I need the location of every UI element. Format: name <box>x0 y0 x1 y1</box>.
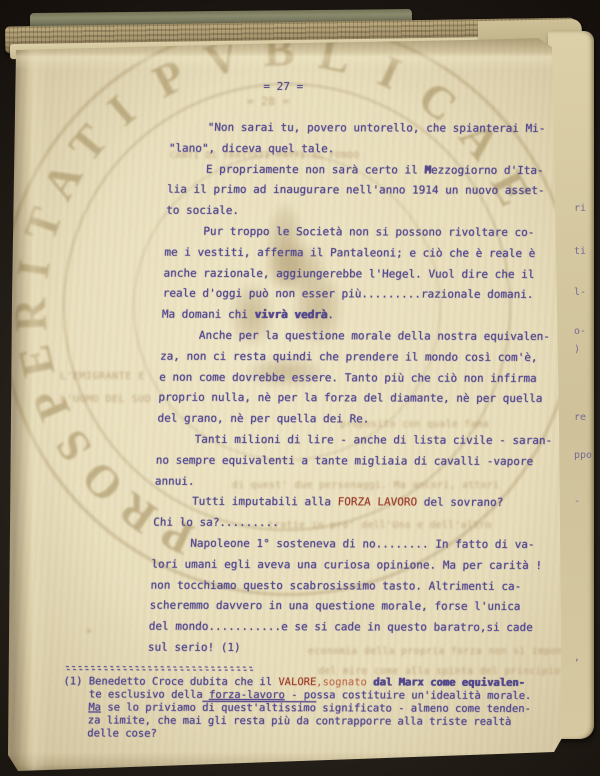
typewritten-line: Ma domani chi vivrà vedrà. <box>162 309 335 321</box>
typewritten-line: Tutti imputabili alla FORZA LAVORO del s… <box>192 496 504 508</box>
text-segment: me i vestiti, afferma il Pantaleoni; e c… <box>164 246 535 260</box>
text-segment: significato - almeno come tenden- <box>316 702 531 715</box>
text-segment: Tanti milioni di lire - anche di lista c… <box>194 433 552 447</box>
text-segment: - possa costituire un'idealità morale. <box>285 689 532 702</box>
text-segment: anche razionale, aggiungerebbe l'Hegel. … <box>163 267 534 281</box>
text-segment: forza-lavoro <box>209 689 285 701</box>
typewritten-line: del grano, nè per quella dei Re. <box>157 413 369 425</box>
typewritten-line: (1) Benedetto Croce dubita che il VALORE… <box>63 676 525 688</box>
typewritten-line: scheremmo davvero in una questione moral… <box>149 600 520 612</box>
text-segment: ,sognato <box>316 676 367 688</box>
text-segment: Anche per la questione morale della nost… <box>199 329 550 343</box>
typewritten-line: proprio nulla, nè per la forza del diama… <box>158 392 543 404</box>
text-segment: se lo priviamo <box>101 701 203 713</box>
text-segment: Ma <box>88 701 101 713</box>
typewritten-line: Tanti milioni di lire - anche di lista c… <box>194 434 552 446</box>
adjacent-page-text-fragment: , <box>574 652 580 663</box>
adjacent-page-text-fragment: - <box>574 496 580 507</box>
typewritten-line: Chi lo sa?......... <box>153 517 279 528</box>
text-segment: te esclusivo della <box>89 688 210 700</box>
text-segment: no sempre equivalenti a tante migliaia d… <box>155 454 533 468</box>
typewritten-line: te esclusivo della forza-lavoro - possa … <box>89 689 532 701</box>
page-number: = 27 = <box>263 80 303 93</box>
text-segment: ezzogiorno d'Ita- <box>431 164 544 177</box>
typewritten-line: sul serio! (1) <box>148 642 241 653</box>
typewritten-line: annui. <box>155 476 195 487</box>
adjacent-page-text-fragment: l- <box>574 287 586 298</box>
typewritten-line: za, non ci resta quindi che prendere il … <box>160 351 538 363</box>
typewritten-line: lori umani egli aveva una curiosa opinio… <box>151 559 542 571</box>
text-segment: scheremmo davvero in una questione moral… <box>149 599 520 613</box>
text-segment: sul serio! (1) <box>148 641 241 654</box>
typewritten-line: ------------------------------ <box>65 664 255 675</box>
typewritten-line: me i vestiti, afferma il Pantaleoni; e c… <box>164 247 535 259</box>
typewritten-line: lia il primo ad inaugurare nell'anno 191… <box>167 184 545 196</box>
text-segment: . <box>327 308 334 321</box>
text-segment: lori umani egli aveva una curiosa opinio… <box>151 558 542 572</box>
text-segment: del mondo...........e se si cade in ques… <box>148 620 533 634</box>
text-segment: E propriamente non sarà certo il <box>206 163 425 177</box>
text-segment: to sociale. <box>166 204 239 217</box>
text-segment: Chi lo sa?......... <box>153 516 279 529</box>
typewritten-line: Ma se lo priviamo di quest'altissimo sig… <box>88 702 531 714</box>
adjacent-page-text-fragment: o- <box>574 326 586 337</box>
text-segment: dal Marx come equivalen- <box>373 676 525 689</box>
text-segment: non tocchiamo questo scabrosissimo tasto… <box>150 579 521 593</box>
typewritten-line: anche razionale, aggiungerebbe l'Hegel. … <box>163 268 534 280</box>
adjacent-page-text-fragment: re <box>574 412 586 423</box>
typewritten-text-layer: = 27 = "Non sarai tu, povero untorello, … <box>0 0 600 776</box>
text-segment: e non come dovrebbe essere. Tanto più ch… <box>159 371 537 385</box>
text-segment: FORZA LAVORO <box>337 495 417 508</box>
typewritten-line: non tocchiamo questo scabrosissimo tasto… <box>150 580 521 592</box>
text-segment: za limite, che mai gli resta più da cont… <box>88 714 512 727</box>
text-segment: di quest'altissimo <box>202 702 316 714</box>
text-segment: ------------------------------ <box>65 663 255 676</box>
text-segment: delle cose? <box>87 727 157 739</box>
text-segment: del grano, nè per quella dei Re. <box>157 412 369 426</box>
typewritten-line: del mondo...........e se si cade in ques… <box>149 621 534 633</box>
text-segment: vivrà vedrà <box>254 308 327 321</box>
adjacent-page-text-fragment: ri <box>574 203 586 214</box>
typewritten-line: reale d'oggi può non esser più.........r… <box>162 288 533 300</box>
text-segment: (1) Benedetto Croce dubita che il <box>63 675 278 688</box>
text-segment: "lano", diceva quel tale. <box>169 142 335 156</box>
typewritten-line: Pur troppo le Società non si possono riv… <box>203 226 535 238</box>
text-segment: Tutti imputabili alla <box>192 495 338 509</box>
text-segment: VALORE <box>278 676 316 688</box>
typewritten-line: "Non sarai tu, povero untorello, che spi… <box>207 122 545 134</box>
text-segment: Pur troppo le Società non si possono riv… <box>203 225 535 239</box>
typewritten-line: za limite, che mai gli resta più da cont… <box>88 715 512 727</box>
typewritten-line: e non come dovrebbe essere. Tanto più ch… <box>159 372 537 384</box>
text-segment: za, non ci resta quindi che prendere il … <box>160 350 538 364</box>
text-segment: reale d'oggi può non esser più.........r… <box>162 287 533 301</box>
typewritten-line: Napoleone 1° sosteneva di no........ In … <box>190 538 535 550</box>
adjacent-page-text-fragment: ti <box>574 246 586 257</box>
text-segment: lia il primo ad inaugurare nell'anno 191… <box>167 183 545 197</box>
text-segment: del sovrano? <box>417 496 504 509</box>
typewritten-line: Anche per la questione morale della nost… <box>199 330 550 342</box>
adjacent-page-text-fragment: ppo <box>574 450 592 461</box>
adjacent-page-text-fragment: ) <box>574 344 580 355</box>
archival-photo-scene: ritil-o-)reppo-, PROSPERITATIPVBLICAE = … <box>0 0 600 776</box>
typewritten-line: no sempre equivalenti a tante migliaia d… <box>155 455 533 467</box>
typewritten-line: delle cose? <box>87 728 157 739</box>
typescript-page: PROSPERITATIPVBLICAE = 28 =CANTI DI TRAT… <box>0 0 600 776</box>
typewritten-line: E propriamente non sarà certo il Mezzogi… <box>206 164 544 176</box>
typewritten-line: to sociale. <box>166 205 239 216</box>
text-segment: Napoleone 1° sosteneva di no........ In … <box>190 537 535 551</box>
text-segment: Ma domani chi <box>162 308 255 321</box>
text-segment: "Non sarai tu, povero untorello, che spi… <box>207 121 545 135</box>
text-segment: proprio nulla, nè per la forza del diama… <box>158 391 543 405</box>
text-segment: annui. <box>155 475 195 488</box>
typewritten-line: "lano", diceva quel tale. <box>169 143 335 155</box>
